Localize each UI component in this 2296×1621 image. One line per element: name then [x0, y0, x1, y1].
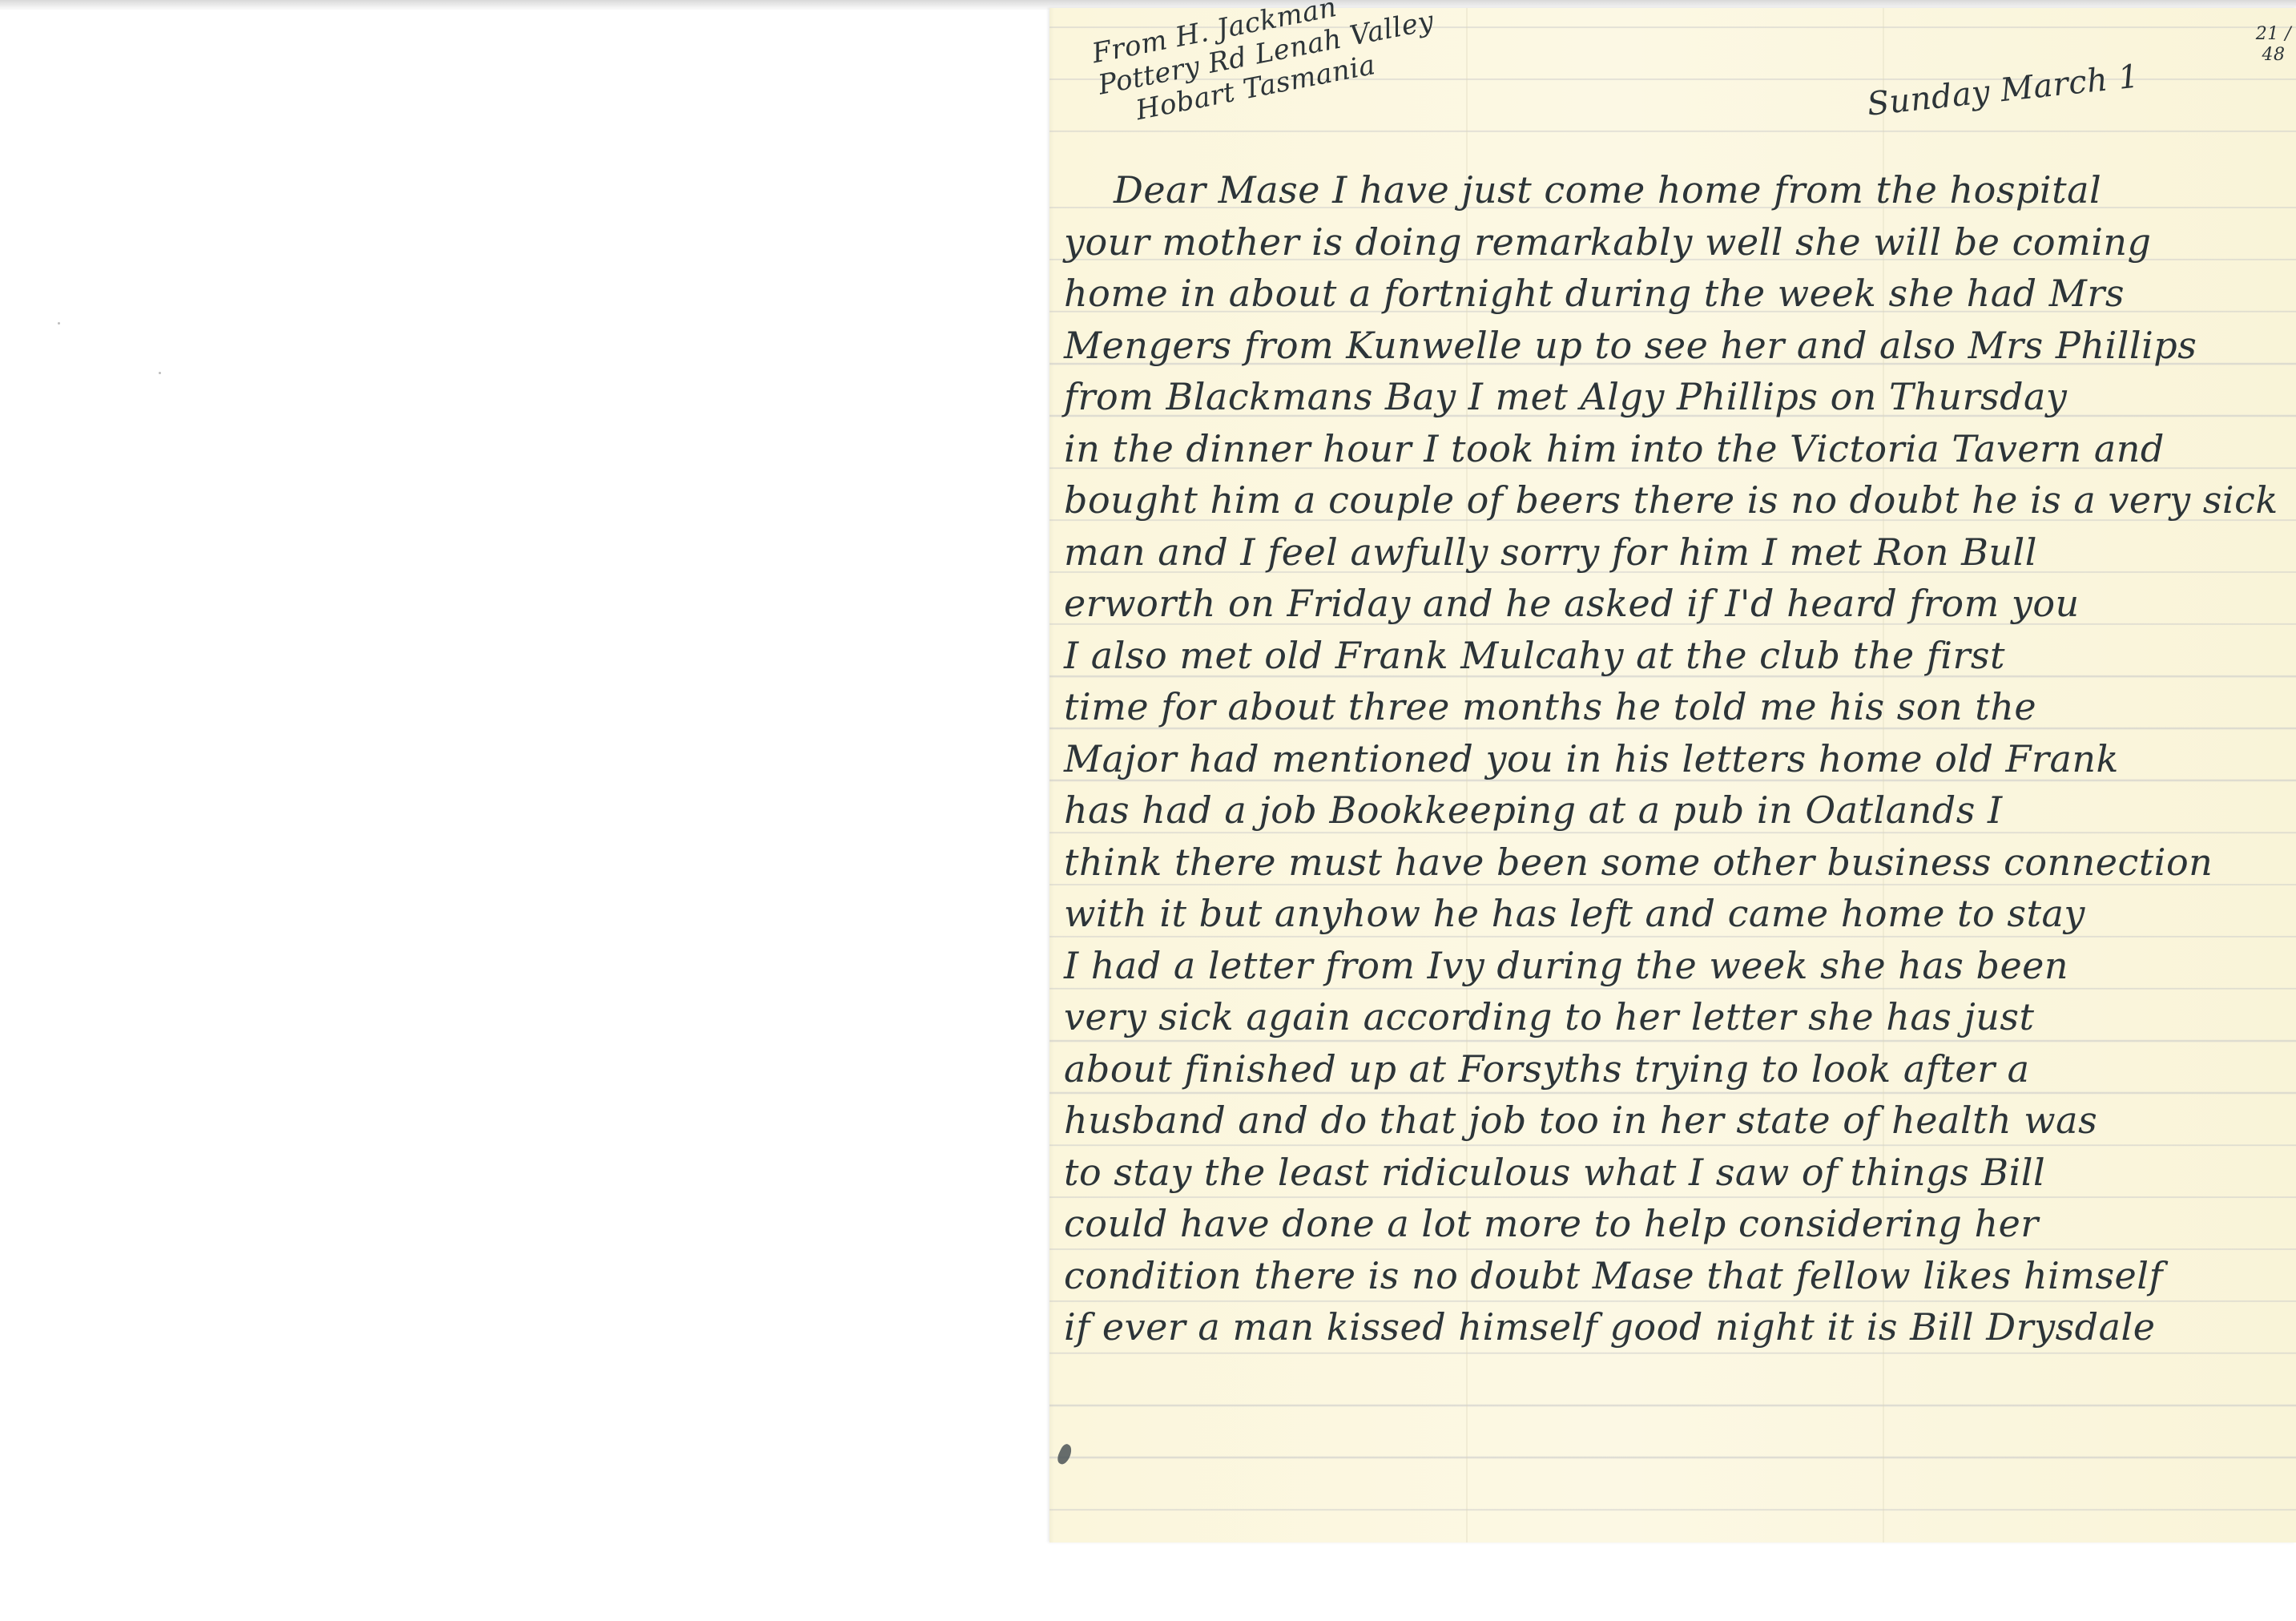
return-address: From H. Jackman Pottery Rd Lenah Valley …: [1090, 0, 1443, 133]
letter-line: home in about a fortnight during the wee…: [1049, 268, 2296, 320]
letter-body: Dear Mase I have just come home from the…: [1049, 164, 2296, 1353]
handwritten-letter-page: From H. Jackman Pottery Rd Lenah Valley …: [1049, 8, 2296, 1542]
letter-line: in the dinner hour I took him into the V…: [1049, 423, 2296, 475]
letter-line: Major had mentioned you in his letters h…: [1049, 733, 2296, 785]
letter-line: has had a job Bookkeeping at a pub in Oa…: [1049, 784, 2296, 837]
letter-line: husband and do that job too in her state…: [1049, 1095, 2296, 1147]
letter-line: from Blackmans Bay I met Algy Phillips o…: [1049, 371, 2296, 423]
letter-line: bought him a couple of beers there is no…: [1049, 474, 2296, 526]
letter-line: with it but anyhow he has left and came …: [1049, 888, 2296, 940]
paper-speck: [58, 322, 60, 325]
letter-line: Mengers from Kunwelle up to see her and …: [1049, 320, 2296, 372]
blank-left-page: [0, 10, 1049, 1621]
letter-line: I had a letter from Ivy during the week …: [1049, 940, 2296, 992]
letter-line: Dear Mase I have just come home from the…: [1049, 164, 2296, 216]
letter-line: think there must have been some other bu…: [1049, 837, 2296, 889]
letter-line: man and I feel awfully sorry for him I m…: [1049, 526, 2296, 579]
letter-date-year-fragment: 21 / 48: [2251, 24, 2296, 66]
letter-line: about finished up at Forsyths trying to …: [1049, 1043, 2296, 1095]
letter-date: Sunday March 1: [1866, 58, 2141, 123]
letter-line: I also met old Frank Mulcahy at the club…: [1049, 630, 2296, 682]
letter-line: very sick again according to her letter …: [1049, 991, 2296, 1043]
letter-line: erworth on Friday and he asked if I'd he…: [1049, 578, 2296, 630]
letter-line: your mother is doing remarkably well she…: [1049, 216, 2296, 268]
letter-line: time for about three months he told me h…: [1049, 681, 2296, 733]
paper-speck: [159, 372, 161, 374]
ink-blot: [1055, 1442, 1074, 1466]
letter-line: condition there is no doubt Mase that fe…: [1049, 1250, 2296, 1302]
letter-line: if ever a man kissed himself good night …: [1049, 1301, 2296, 1353]
letter-line: to stay the least ridiculous what I saw …: [1049, 1147, 2296, 1199]
letter-line: could have done a lot more to help consi…: [1049, 1198, 2296, 1250]
